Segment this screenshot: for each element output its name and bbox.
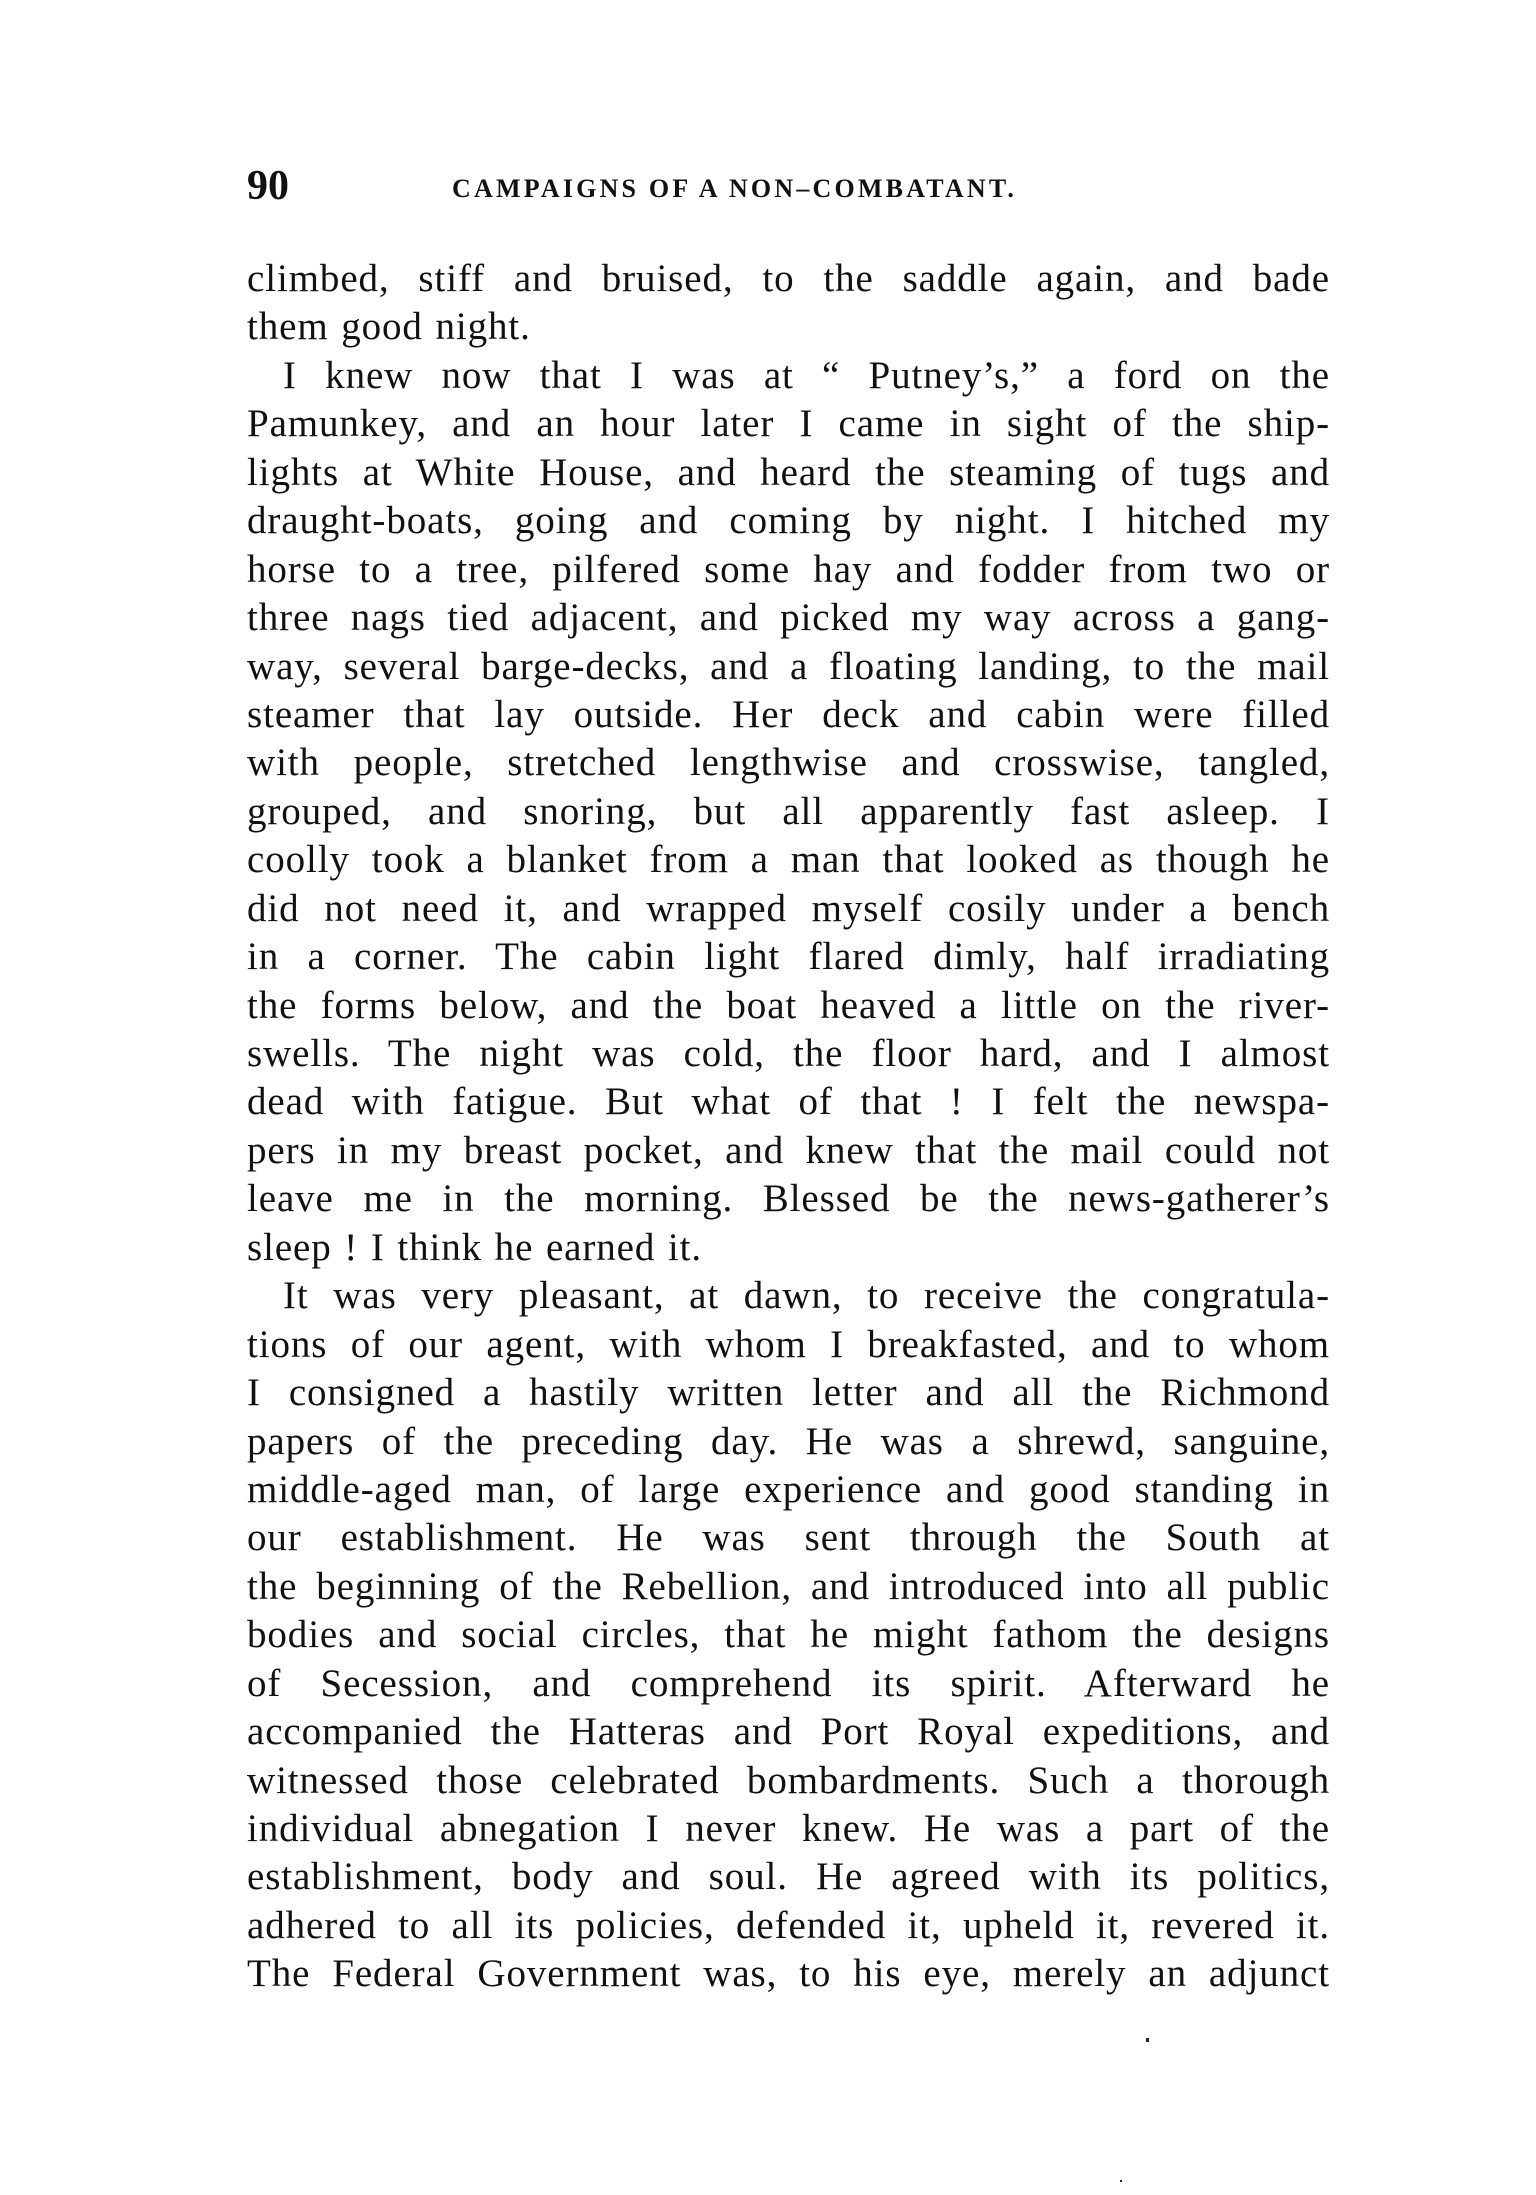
book-page: 90 CAMPAIGNS OF A NON–COMBATANT. climbed… [0,0,1536,2195]
text-line: three nags tied adjacent, and picked my … [247,594,1330,642]
text-line: It was very pleasant, at dawn, to receiv… [247,1272,1330,1320]
paragraph: It was very pleasant, at dawn, to receiv… [247,1272,1330,1999]
text-line: in a corner. The cabin light flared diml… [247,933,1330,981]
text-line: them good night. [247,303,1330,351]
text-line: individual abnegation I never knew. He w… [247,1805,1330,1853]
text-line: The Federal Government was, to his eye, … [247,1950,1330,1998]
text-line: coolly took a blanket from a man that lo… [247,836,1330,884]
text-line: pers in my breast pocket, and knew that … [247,1127,1330,1175]
text-line: the forms below, and the boat heaved a l… [247,982,1330,1030]
paragraph: I knew now that I was at “ Putney’s,” a … [247,352,1330,1272]
text-line: adhered to all its policies, defended it… [247,1902,1330,1950]
text-line: our establishment. He was sent through t… [247,1514,1330,1562]
text-line: witnessed those celebrated bombardments.… [247,1757,1330,1805]
text-line: lights at White House, and heard the ste… [247,449,1330,497]
running-title: CAMPAIGNS OF A NON–COMBATANT. [452,174,1114,204]
text-line: swells. The night was cold, the floor ha… [247,1030,1330,1078]
text-line: leave me in the morning. Blessed be the … [247,1175,1330,1223]
text-line: draught-boats, going and coming by night… [247,497,1330,545]
text-line: Pamunkey, and an hour later I came in si… [247,400,1330,448]
text-line: way, several barge-decks, and a floating… [247,643,1330,691]
running-head: 90 CAMPAIGNS OF A NON–COMBATANT. [247,164,1330,208]
text-line: the beginning of the Rebellion, and intr… [247,1563,1330,1611]
text-line: accompanied the Hatteras and Port Royal … [247,1708,1330,1756]
text-line: I consigned a hastily written letter and… [247,1369,1330,1417]
text-line: climbed, stiff and bruised, to the saddl… [247,255,1330,303]
text-line: sleep ! I think he earned it. [247,1224,1330,1272]
text-line: papers of the preceding day. He was a sh… [247,1418,1330,1466]
text-line: did not need it, and wrapped myself cosi… [247,885,1330,933]
text-line: I knew now that I was at “ Putney’s,” a … [247,352,1330,400]
page-number: 90 [247,164,289,208]
text-line: tions of our agent, with whom I breakfas… [247,1321,1330,1369]
paragraph: climbed, stiff and bruised, to the saddl… [247,255,1330,352]
text-line: bodies and social circles, that he might… [247,1611,1330,1659]
print-speck [1146,2038,1149,2042]
text-line: middle-aged man, of large experience and… [247,1466,1330,1514]
text-line: horse to a tree, pilfered some hay and f… [247,546,1330,594]
body-text: climbed, stiff and bruised, to the saddl… [247,255,1330,1999]
print-speck [1120,2180,1122,2182]
text-line: steamer that lay outside. Her deck and c… [247,691,1330,739]
text-line: establishment, body and soul. He agreed … [247,1853,1330,1901]
text-line: dead with fatigue. But what of that ! I … [247,1078,1330,1126]
text-line: of Secession, and comprehend its spirit.… [247,1660,1330,1708]
text-line: grouped, and snoring, but all apparently… [247,788,1330,836]
text-line: with people, stretched lengthwise and cr… [247,739,1330,787]
